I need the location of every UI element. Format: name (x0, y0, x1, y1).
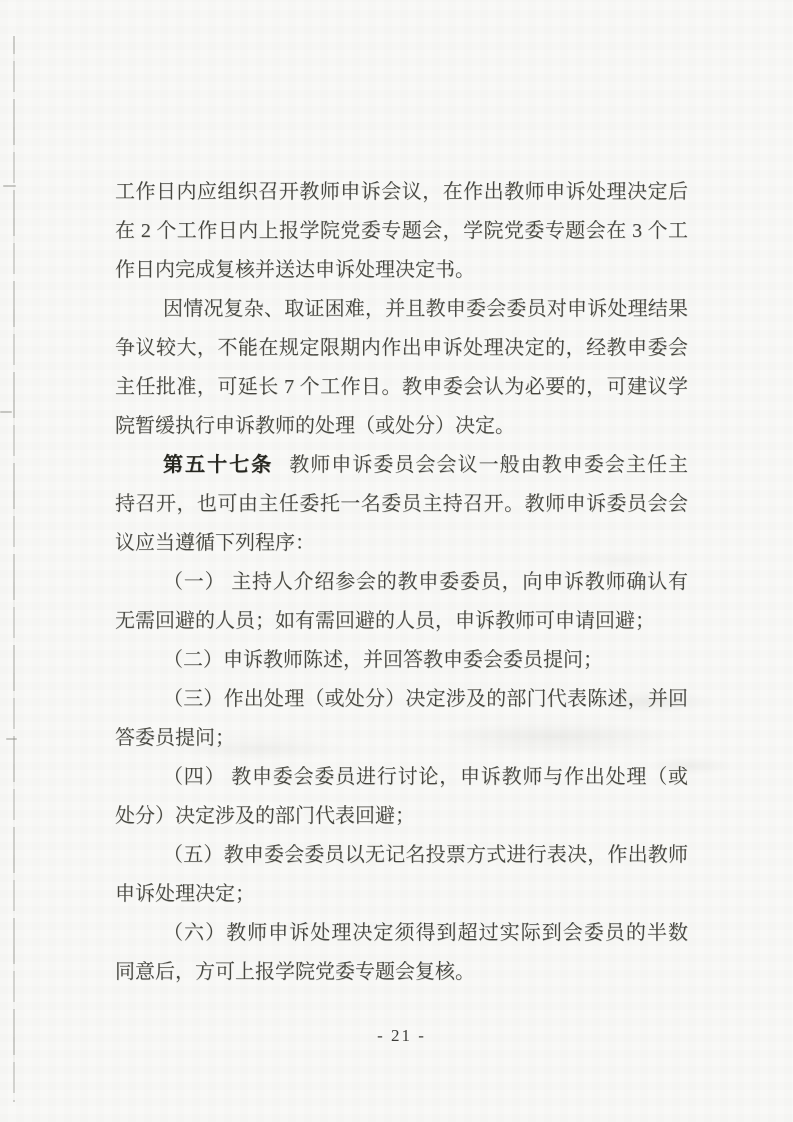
text-line-item-4: （四） 教申委会委员进行讨论，申诉教师与作出处理（或 (115, 758, 688, 797)
text-line-item-3: （三）作出处理（或处分）决定涉及的部门代表陈述，并回 (115, 680, 688, 719)
page-number: - 21 - (115, 1026, 688, 1046)
text-line: 同意后，方可上报学院党委专题会复核。 (115, 953, 688, 992)
text-line: 无需回避的人员；如有需回避的人员，申诉教师可申请回避； (115, 602, 688, 641)
text-line: 答委员提问； (115, 719, 688, 758)
text-line: 争议较大，不能在规定限期内作出申诉处理决定的，经教申委会 (115, 329, 688, 368)
text-line-item-6: （六）教师申诉处理决定须得到超过实际到会委员的半数 (115, 914, 688, 953)
scan-nick-mark (6, 738, 17, 740)
text-line-item-5: （五）教申委会委员以无记名投票方式进行表决，作出教师 (115, 836, 688, 875)
article-lead-text: 教师申诉委员会会议一般由教申委会主任主 (289, 454, 688, 476)
scan-nick-mark (3, 185, 16, 187)
text-line: 作日内完成复核并送达申诉处理决定书。 (115, 251, 688, 290)
text-line: 持召开，也可由主任委托一名委员主持召开。教师申诉委员会会 (115, 485, 688, 524)
text-line: 议应当遵循下列程序： (115, 524, 688, 563)
text-line: 处分）决定涉及的部门代表回避； (115, 797, 688, 836)
text-line: 因情况复杂、取证困难，并且教申委会委员对申诉处理结果 (115, 290, 688, 329)
scan-nick-mark (0, 411, 12, 413)
text-line: 申诉处理决定； (115, 875, 688, 914)
scan-edge-artifact (13, 36, 15, 1102)
text-line-article-57: 第五十七条教师申诉委员会会议一般由教申委会主任主 (115, 446, 688, 485)
text-line: 在 2 个工作日内上报学院党委专题会，学院党委专题会在 3 个工 (115, 212, 688, 251)
text-line: 院暂缓执行申诉教师的处理（或处分）决定。 (115, 407, 688, 446)
text-line: 工作日内应组织召开教师申诉会议，在作出教师申诉处理决定后 (115, 173, 688, 212)
article-number-heading: 第五十七条 (163, 454, 273, 476)
text-line-item-2: （二）申诉教师陈述，并回答教申委会委员提问； (115, 641, 688, 680)
text-line-item-1: （一） 主持人介绍参会的教申委委员，向申诉教师确认有 (115, 563, 688, 602)
document-body: 工作日内应组织召开教师申诉会议，在作出教师申诉处理决定后 在 2 个工作日内上报… (115, 173, 688, 992)
text-line: 主任批准，可延长 7 个工作日。教申委会认为必要的，可建议学 (115, 368, 688, 407)
